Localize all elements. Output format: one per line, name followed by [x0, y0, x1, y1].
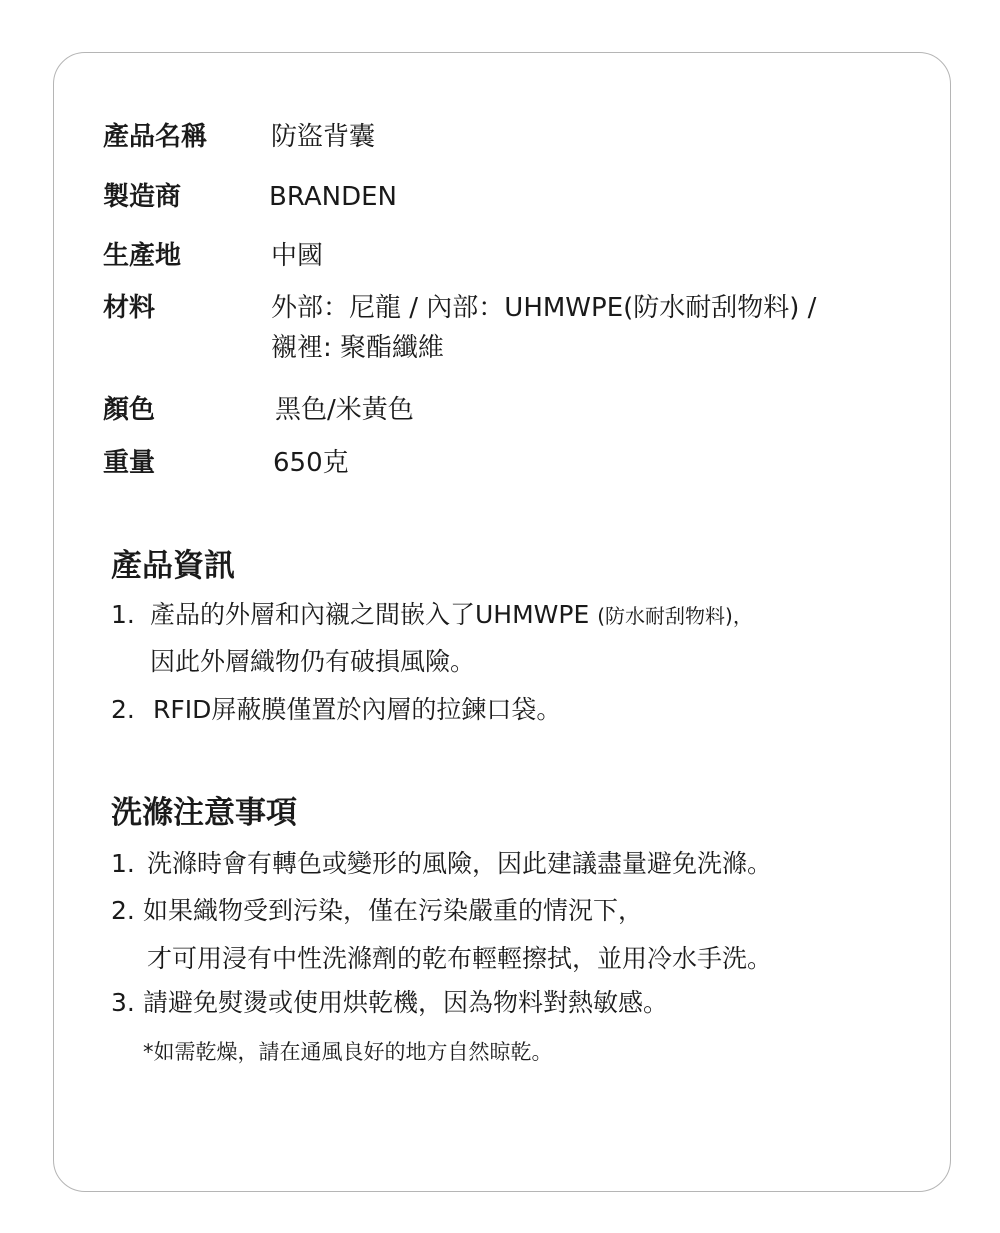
- list-number: 3.: [111, 986, 135, 1020]
- spec-value: 中國: [271, 239, 323, 273]
- spec-value: 襯裡: 聚酯纖維: [271, 331, 444, 365]
- product-info-title: 產品資訊: [111, 540, 235, 585]
- list-number: 2.: [111, 894, 135, 928]
- list-item-text: 產品的外層和內襯之間嵌入了UHMWPE: [150, 600, 589, 629]
- list-item-text: 如果織物受到污染，僅在污染嚴重的情況下，: [143, 894, 643, 928]
- spec-label: 產品名稱: [103, 120, 207, 154]
- spec-label: 顏色: [103, 393, 155, 427]
- list-number: 1.: [111, 598, 135, 632]
- spec-value: 黑色/米黃色: [275, 393, 414, 427]
- spec-label: 重量: [103, 446, 155, 480]
- list-item-text: 洗滌時會有轉色或變形的風險，因此建議盡量避免洗滌。: [147, 847, 772, 881]
- list-item-text: 請避免熨燙或使用烘乾機，因為物料對熱敏感。: [143, 986, 668, 1020]
- list-item-text: RFID屏蔽膜僅置於內層的拉鍊口袋。: [153, 693, 561, 727]
- list-number: 1.: [111, 847, 135, 881]
- spec-value: 防盜背囊: [271, 120, 375, 154]
- list-item: 產品的外層和內襯之間嵌入了UHMWPE (防水耐刮物料)，: [150, 598, 753, 633]
- spec-value: 650克: [273, 446, 349, 480]
- spec-label: 材料: [103, 291, 155, 325]
- list-item-text: (防水耐刮物料)，: [597, 604, 753, 628]
- list-item-text: 才可用浸有中性洗滌劑的乾布輕輕擦拭，並用冷水手洗。: [147, 942, 772, 976]
- list-item-text: 因此外層織物仍有破損風險。: [150, 645, 475, 679]
- spec-label: 製造商: [103, 180, 181, 214]
- list-number: 2.: [111, 693, 135, 727]
- spec-label: 生產地: [103, 239, 181, 273]
- spec-value: BRANDEN: [269, 180, 397, 214]
- spec-value: 外部：尼龍 / 內部：UHMWPE(防水耐刮物料) /: [271, 291, 816, 325]
- care-title: 洗滌注意事項: [111, 787, 297, 832]
- drying-note: *如需乾燥，請在通風良好的地方自然晾乾。: [143, 1036, 553, 1066]
